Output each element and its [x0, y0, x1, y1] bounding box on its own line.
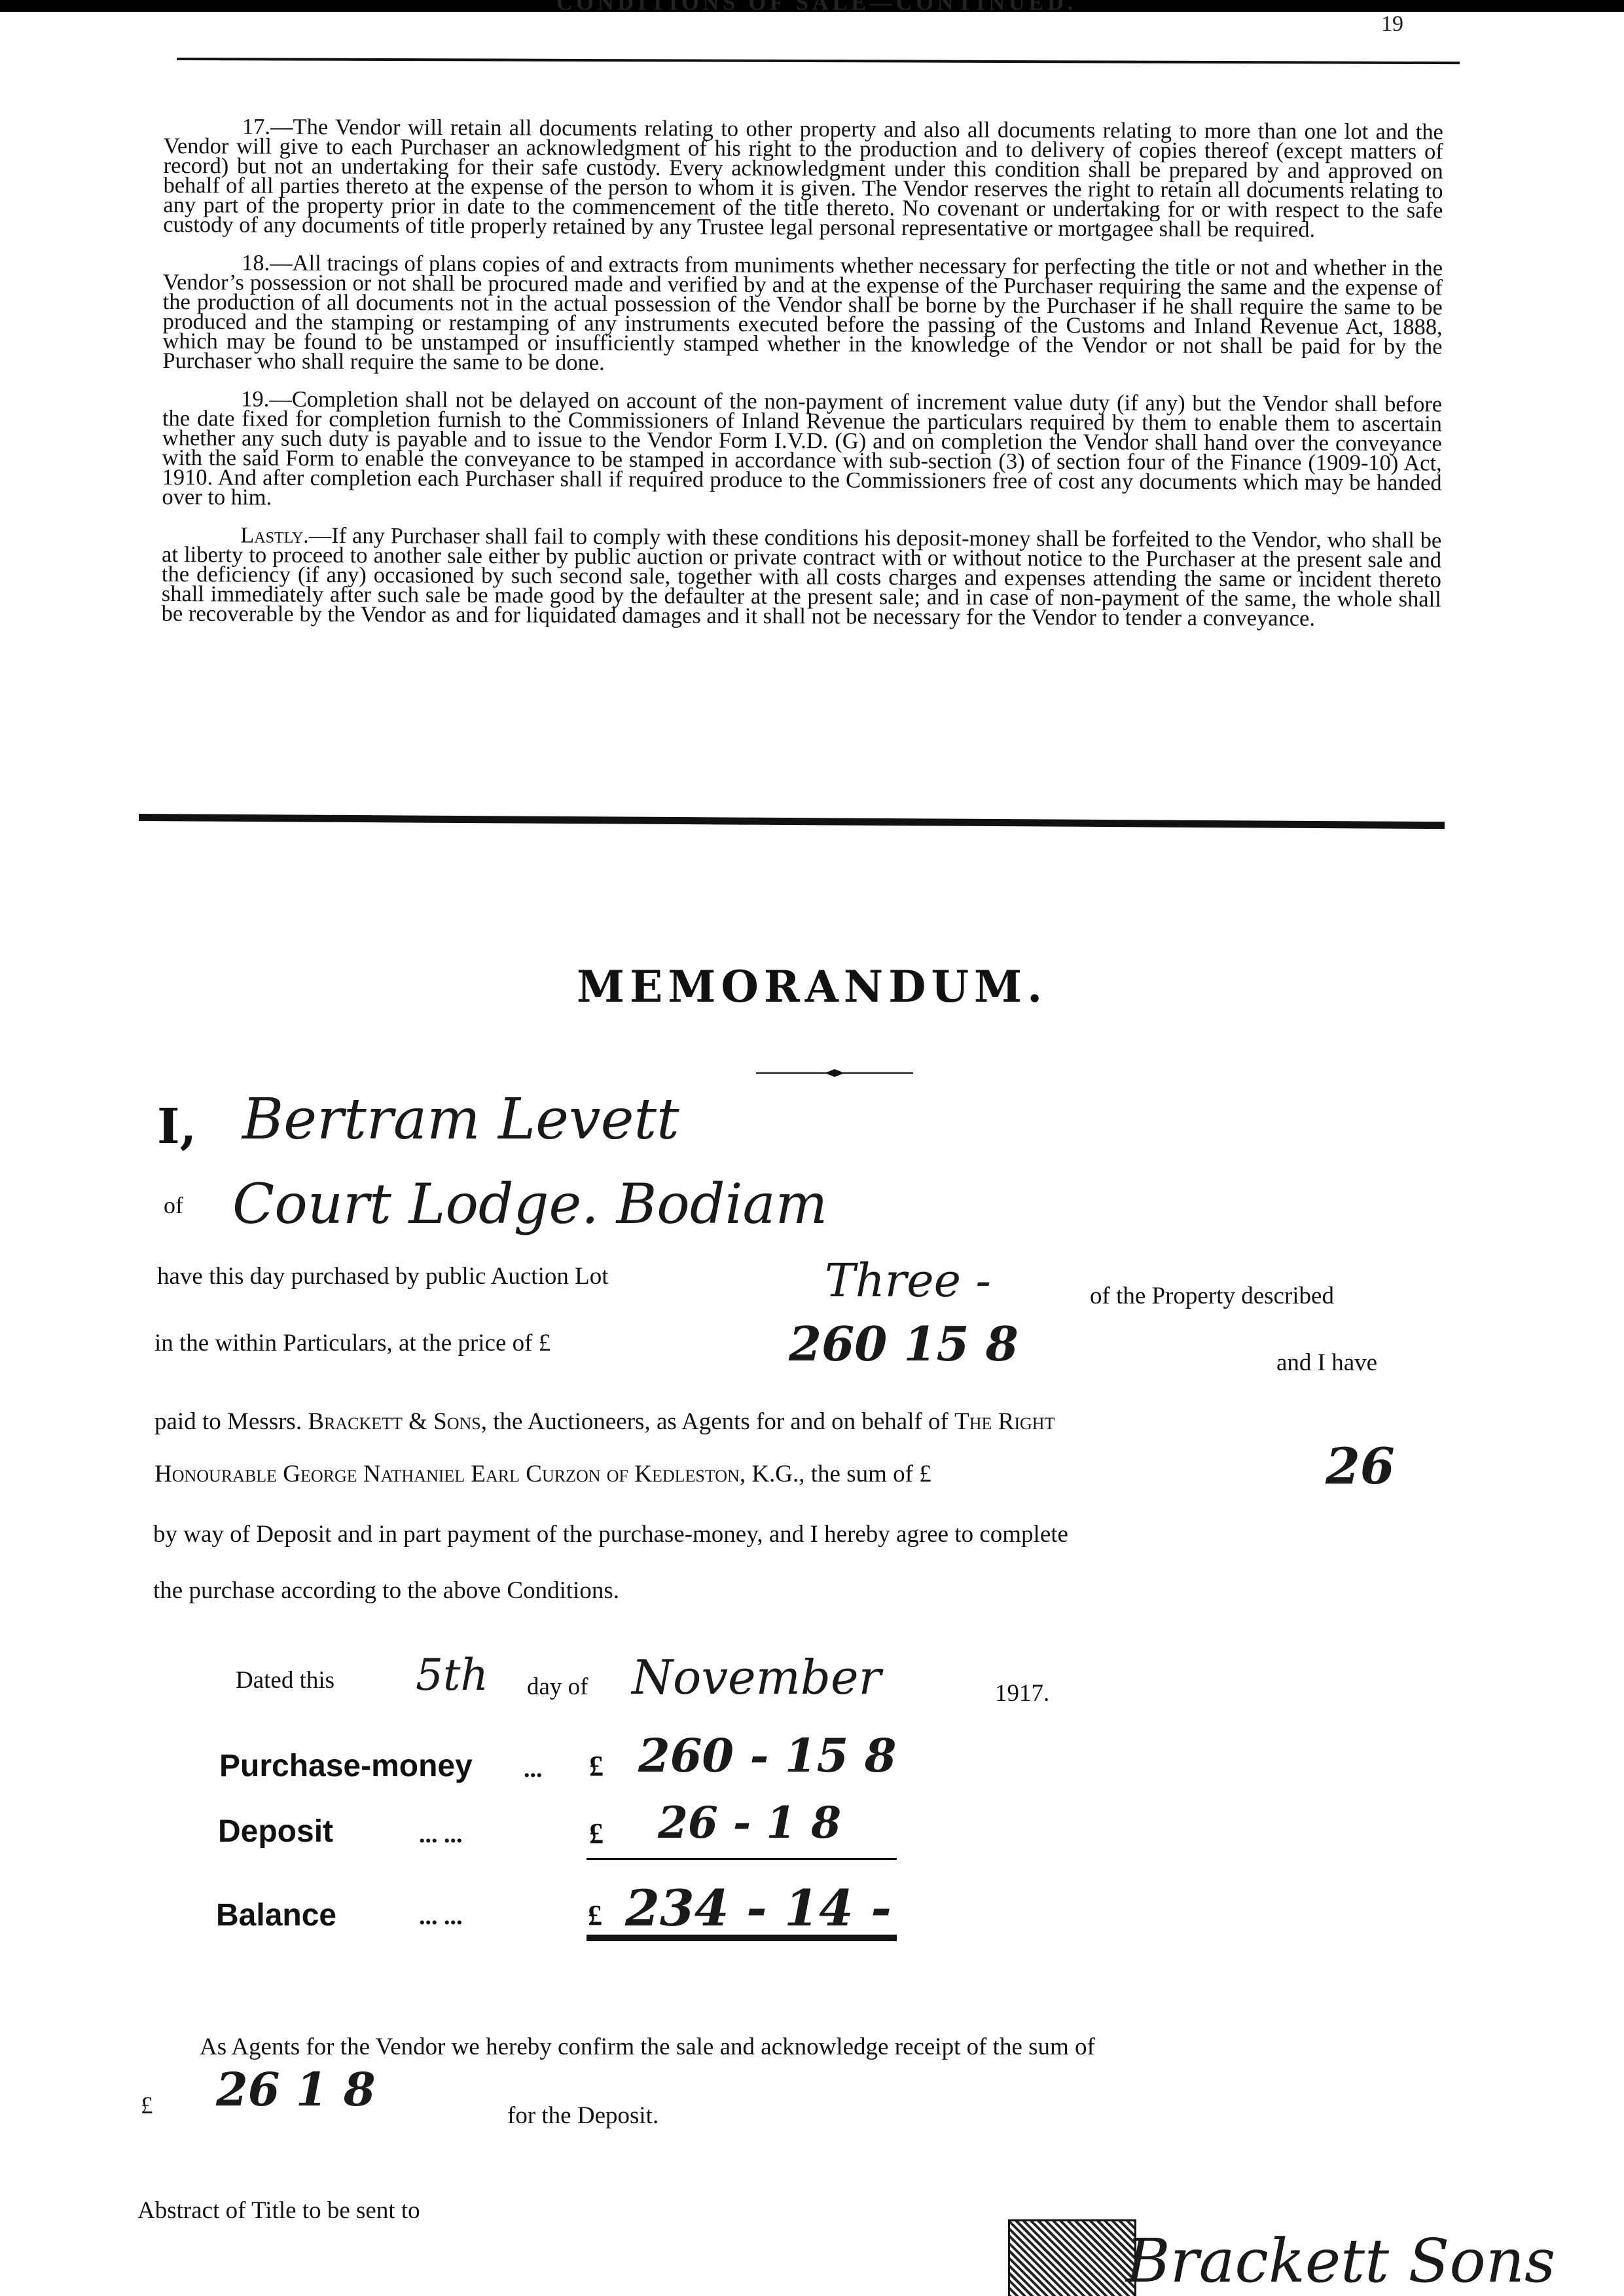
balance-label: Balance	[216, 1897, 336, 1933]
purchase-money-amount[interactable]: 260 - 15 8	[638, 1728, 896, 1783]
deposit-label: Deposit	[218, 1813, 333, 1850]
balance-amount[interactable]: 234 - 14 -	[625, 1879, 892, 1937]
lot-number-field[interactable]: Three -	[825, 1254, 991, 1307]
leader-dots: ... ...	[419, 1820, 463, 1849]
memorandum-title: MEMORANDUM.	[0, 961, 1624, 1012]
price-field[interactable]: 260 15 8	[789, 1316, 1019, 1372]
purchase-text-2: of the Property described	[1090, 1282, 1334, 1310]
for-the-deposit-text: for the Deposit.	[507, 2102, 659, 2130]
page-number: 19	[1381, 12, 1403, 37]
total-double-rule	[586, 1935, 897, 1941]
paid-to-line: paid to Messrs. Brackett & Sons, the Auc…	[154, 1408, 1055, 1436]
vendor-name: Honourable George Nathaniel Earl Curzon …	[154, 1461, 740, 1487]
header-rule	[177, 58, 1460, 64]
running-head: Conditions of Sale—continued.	[556, 0, 1077, 16]
purchase-text-1: have this day purchased by public Auctio…	[157, 1262, 609, 1290]
of-label: of	[164, 1192, 183, 1219]
condition-lastly: Lastly.—If any Purchaser shall fail to c…	[162, 525, 1442, 629]
day-field[interactable]: 5th	[416, 1650, 488, 1700]
year-label: 1917.	[995, 1679, 1049, 1707]
section-divider	[139, 814, 1445, 829]
revenue-stamp-icon	[1008, 2219, 1136, 2296]
leader-dots: ... ...	[419, 1902, 463, 1931]
pronoun-i: I,	[157, 1099, 196, 1155]
conditions-of-sale: 17.—The Vendor will retain all documents…	[162, 117, 1443, 647]
deposit-agreement-text: by way of Deposit and in part payment of…	[153, 1520, 1068, 1548]
condition-17: 17.—The Vendor will retain all documents…	[163, 117, 1443, 240]
day-of-label: day of	[527, 1673, 588, 1701]
price-label: in the within Particulars, at the price …	[154, 1329, 550, 1357]
condition-19: 19.—Completion shall not be delayed on a…	[162, 389, 1442, 513]
condition-18: 18.—All tracings of plans copies of and …	[162, 253, 1443, 376]
agents-receipt-text: As Agents for the Vendor we hereby confi…	[200, 2033, 1095, 2061]
abstract-of-title-label: Abstract of Title to be sent to	[137, 2196, 420, 2225]
subtotal-rule	[586, 1858, 897, 1860]
pound-sign: £	[589, 1749, 604, 1783]
agent-signature: Brackett Sons	[1126, 2226, 1555, 2296]
auctioneers-name: Brackett & Sons	[308, 1408, 480, 1435]
and-i-have-text: and I have	[1276, 1349, 1377, 1377]
month-field[interactable]: November	[632, 1650, 881, 1705]
deposit-sum-field[interactable]: 26	[1326, 1437, 1395, 1495]
purchase-money-label: Purchase-money	[219, 1748, 473, 1784]
dated-label: Dated this	[236, 1666, 334, 1694]
ornament-divider-icon	[756, 1068, 913, 1078]
purchaser-name-field[interactable]: Bertram Levett	[242, 1087, 679, 1152]
receipt-amount-field[interactable]: 26 1 8	[216, 2062, 376, 2117]
pound-sign: £	[588, 1899, 602, 1932]
vendor-line: Honourable George Nathaniel Earl Curzon …	[154, 1460, 931, 1488]
leader-dots: ...	[524, 1755, 543, 1783]
deposit-amount[interactable]: 26 - 1 8	[658, 1797, 841, 1848]
receipt-pound-sign: £	[141, 2092, 153, 2120]
purchaser-address-field[interactable]: Court Lodge. Bodiam	[232, 1172, 827, 1236]
pound-sign: £	[589, 1817, 604, 1850]
conditions-agreement-text: the purchase according to the above Cond…	[153, 1576, 619, 1605]
